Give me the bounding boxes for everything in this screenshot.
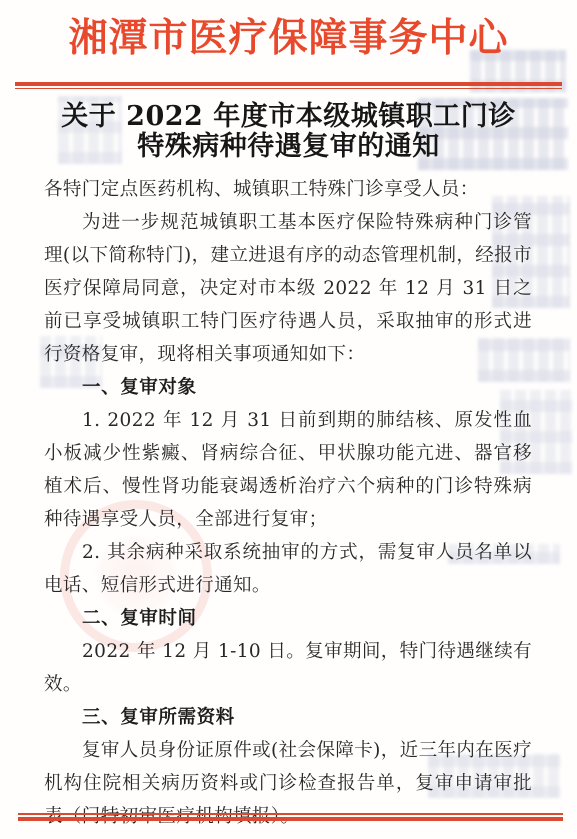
divider-thin-line: [15, 88, 562, 89]
section-heading-review-time: 二、复审时间: [44, 602, 532, 635]
document-title-line1: 关于 2022 年度市本级城镇职工门诊: [61, 101, 515, 132]
intro-paragraph: 为进一步规范城镇职工基本医疗保险特殊病种门诊管理(以下简称特门)，建立进退有序的…: [44, 206, 532, 371]
salutation-line: 各特门定点医药机构、城镇职工特殊门诊享受人员：: [44, 173, 532, 206]
document-title: 关于 2022 年度市本级城镇职工门诊 特殊病种待遇复审的通知: [0, 102, 577, 162]
review-targets-item-2: 2. 其余病种采取系统抽审的方式，需复审人员名单以电话、短信形式进行通知。: [44, 536, 532, 602]
divider-thick-line: [18, 817, 563, 821]
letterhead-divider-rule: [15, 82, 562, 89]
section-heading-review-targets: 一、复审对象: [44, 371, 532, 404]
footer-divider-rule: [18, 813, 563, 821]
letterhead-org-name: 湘潭市医疗保障事务中心: [0, 0, 577, 61]
document-body: 各特门定点医药机构、城镇职工特殊门诊享受人员： 为进一步规范城镇职工基本医疗保险…: [0, 173, 577, 833]
section-heading-required-materials: 三、复审所需资料: [44, 701, 532, 734]
review-targets-item-1: 1. 2022 年 12 月 31 日前到期的肺结核、原发性血小板减少性紫癜、肾…: [44, 404, 532, 536]
scanned-notice-page: 湘潭市医疗保障事务中心 关于 2022 年度市本级城镇职工门诊 特殊病种待遇复审…: [0, 0, 577, 839]
review-time-paragraph: 2022 年 12 月 1-10 日。复审期间，特门待遇继续有效。: [44, 635, 532, 701]
document-title-line2: 特殊病种待遇复审的通知: [137, 131, 440, 162]
